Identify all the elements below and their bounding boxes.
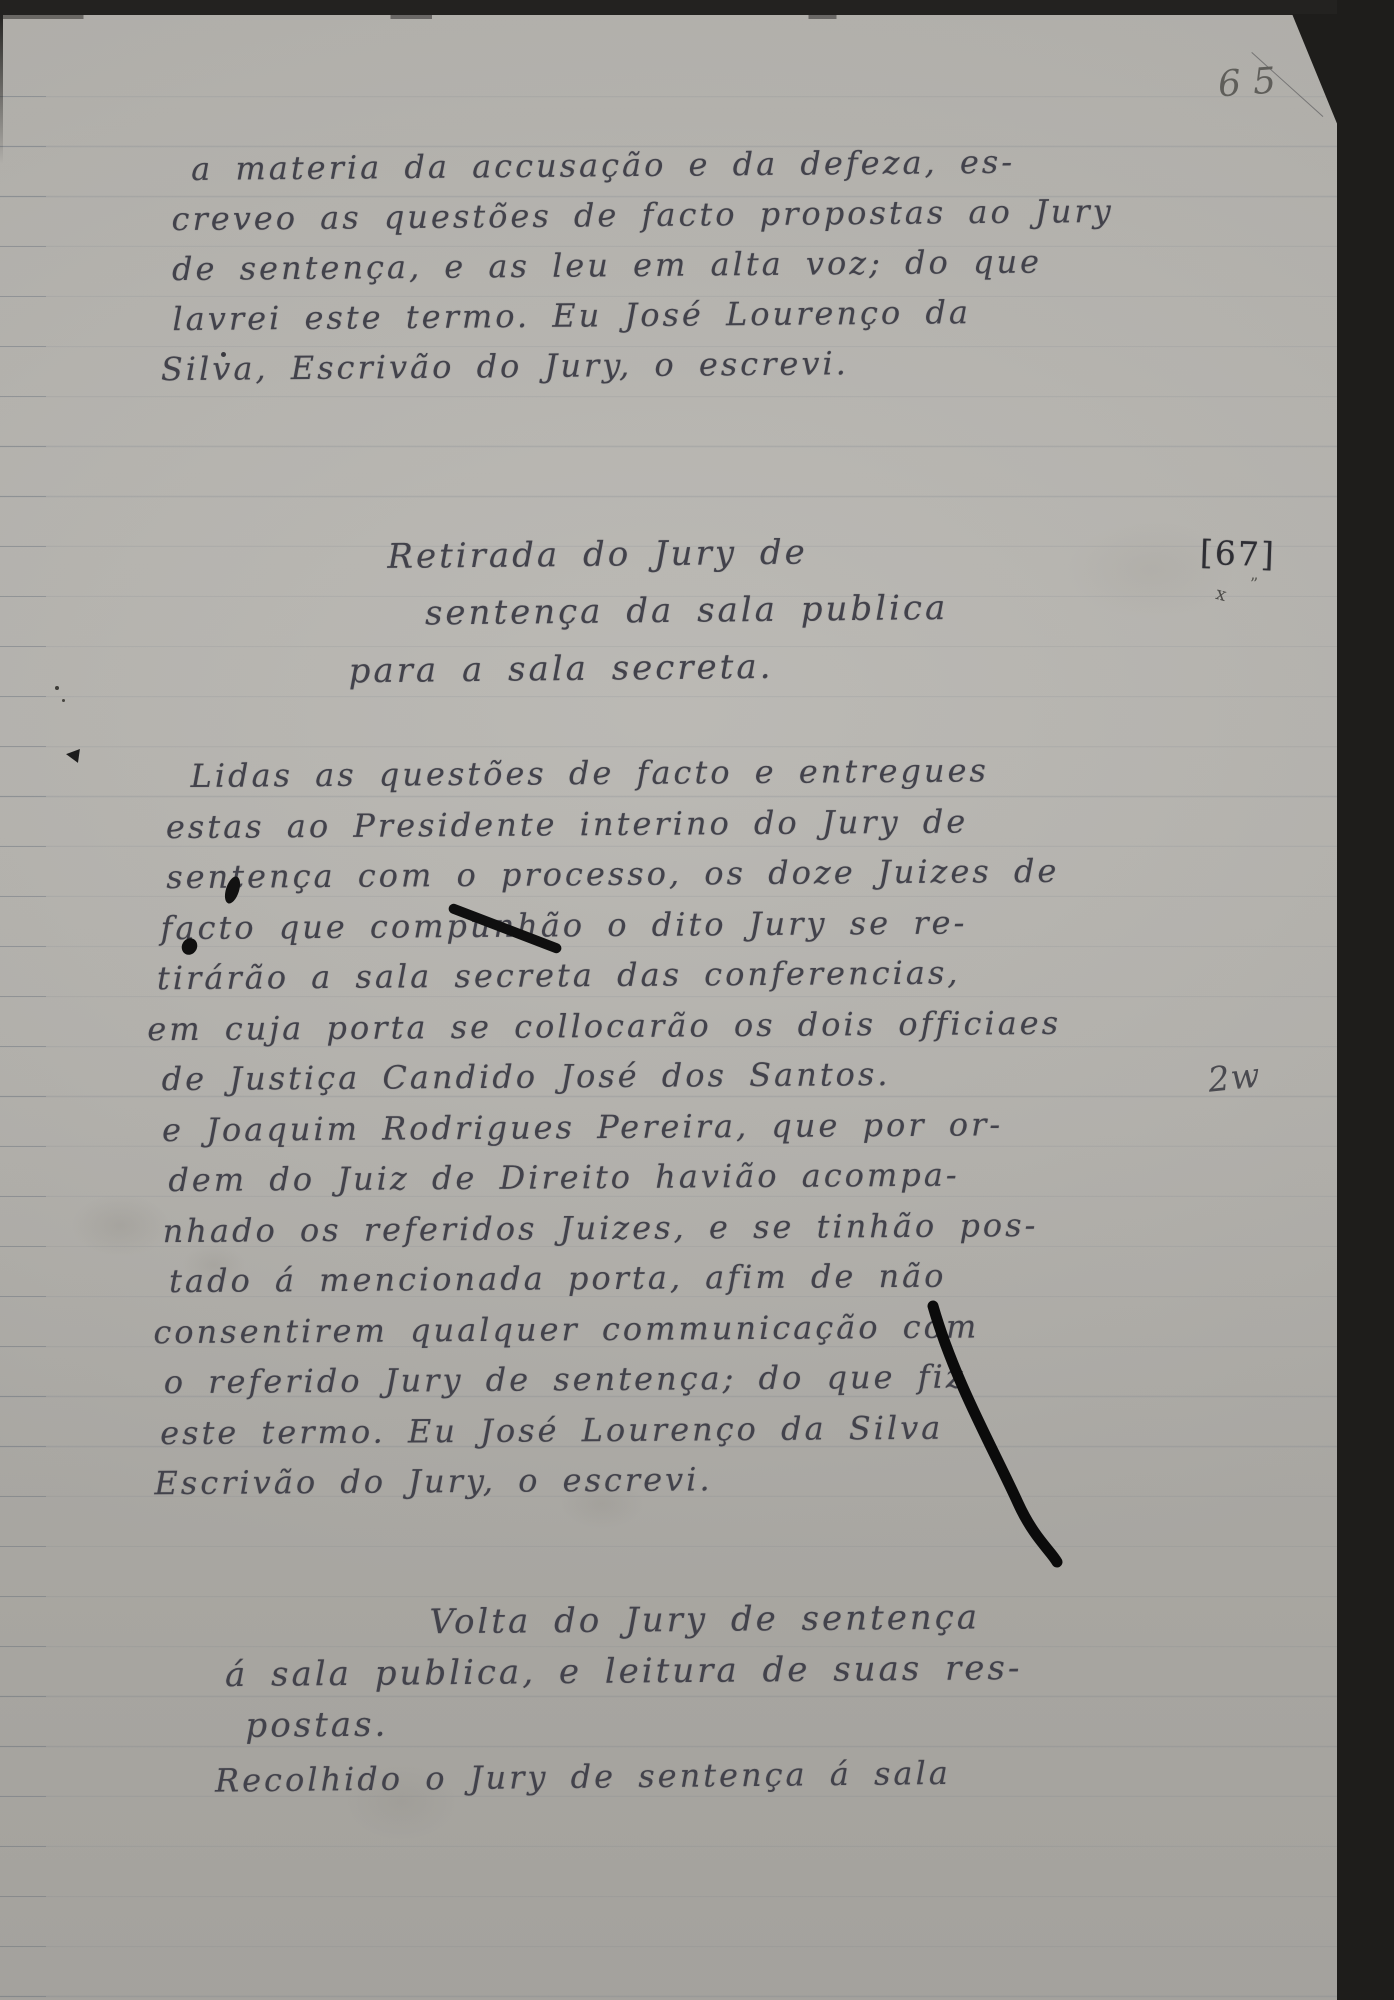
- margin-triangle-mark: [65, 747, 80, 763]
- section-heading-volta: Volta do Jury de sentença á sala publica…: [129, 1592, 1023, 1753]
- paragraph-line: em cuja porta se collocarão os dois offi…: [147, 997, 1061, 1054]
- heading-line: Retirada do Jury de: [387, 523, 948, 586]
- opening-paragraph: a materia da accusação e da defeza, es- …: [171, 136, 1115, 394]
- ink-speck: [55, 686, 59, 690]
- paragraph-line: dem do Juiz de Direito havião acompa-: [168, 1149, 1062, 1206]
- right-edge-shadow: [1337, 0, 1394, 2000]
- paragraph-line: creveo as questões de facto propostas ao…: [171, 186, 1114, 244]
- folio-number: [67]: [1199, 533, 1276, 575]
- paragraph-line: e Joaquim Rodrigues Pereira, que por or-: [162, 1098, 1062, 1155]
- paragraph-line: a materia da accusação e da defeza, es-: [191, 136, 1114, 194]
- ink-speck: [221, 352, 226, 357]
- heading-line: á sala publica, e leitura de suas res-: [225, 1643, 1023, 1701]
- paragraph-line: Lidas as questões de facto e entregues: [190, 745, 1059, 802]
- pencil-mark-quote: ”: [1250, 574, 1258, 593]
- paragraph-line: Silva, Escrivão do Jury, o escrevi.: [161, 336, 1116, 394]
- top-edge-shadow: [0, 0, 1394, 15]
- paragraph-line: de Justiça Candido José dos Santos.: [161, 1048, 1061, 1105]
- heading-line: para a sala secreta.: [348, 637, 949, 700]
- body-paragraph-volta: Recolhido o Jury de sentença á sala: [170, 1748, 951, 1807]
- paragraph-line: tirárão a sala secreta das conferencias,: [157, 947, 1061, 1004]
- ink-slash-large: [898, 1288, 1098, 1588]
- page-number: 65: [1217, 60, 1290, 106]
- paragraph-line: Recolhido o Jury de sentença á sala: [215, 1748, 951, 1807]
- paragraph-line: facto que compunhão o dito Jury se re-: [160, 896, 1060, 953]
- scan-background: 65 [67] x ” 2w a materia da accusação e …: [0, 0, 1394, 2000]
- paragraph-line: de sentença, e as leu em alta voz; do qu…: [172, 236, 1115, 294]
- heading-line: postas.: [245, 1694, 1023, 1752]
- heading-line: Volta do Jury de sentença: [429, 1592, 1022, 1648]
- paragraph-line: estas ao Presidente interino do Jury de: [166, 795, 1060, 852]
- heading-line: sentença da sala publica: [425, 580, 949, 642]
- margin-scribble: 2w: [1206, 1055, 1263, 1100]
- paragraph-line: sentença com o processo, os doze Juizes …: [166, 846, 1060, 903]
- section-heading-retirada: Retirada do Jury de sentença da sala pub…: [0, 523, 949, 704]
- paragraph-line: nhado os referidos Juizes, e se tinhão p…: [163, 1199, 1063, 1256]
- ruled-lines-left-edge: [0, 14, 46, 2000]
- ink-speck: [62, 699, 65, 702]
- left-edge-shadow: [0, 14, 3, 164]
- paragraph-line: lavrei este termo. Eu José Lourenço da: [172, 286, 1115, 344]
